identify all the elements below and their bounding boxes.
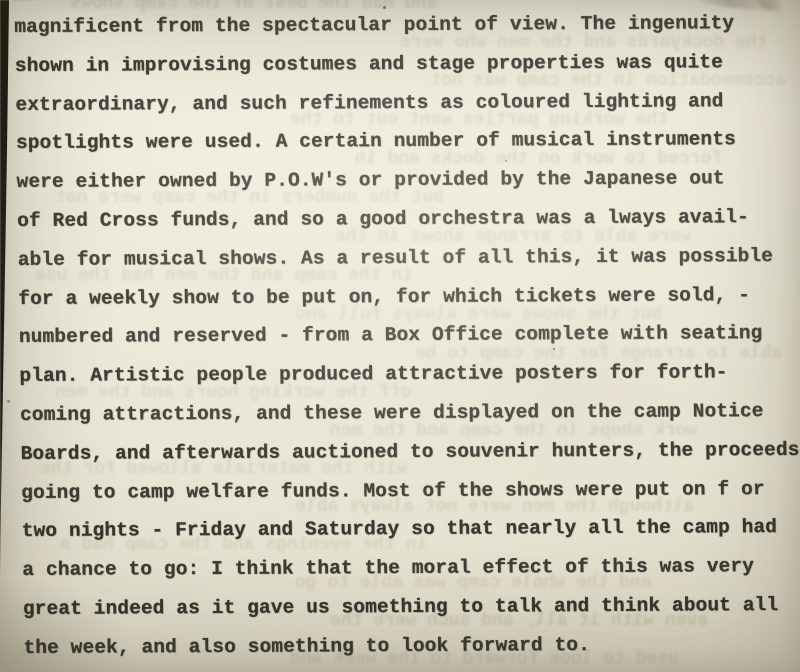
typed-line: spotlights were used. A certain number o… [16, 120, 800, 163]
photo-edge-shadow-left [0, 0, 14, 600]
typed-line: numbered and reserved - from a Box Offic… [19, 314, 800, 357]
typed-line: two nights - Friday and Saturday so that… [21, 508, 800, 551]
typed-line: Boards, and afterwards auctioned to souv… [20, 431, 800, 474]
typed-line: able for musical shows. As a result of a… [17, 237, 800, 280]
typed-line: were either owned by P.O.W's or provided… [16, 159, 800, 202]
typed-line: great indeed as it gave us something to … [23, 586, 800, 629]
photograph-of-typewritten-page: and had the best of the camp showsthe do… [0, 0, 800, 672]
typed-line: coming attractions, and these were displ… [20, 392, 800, 435]
typed-line: magnificent from the spectacular point o… [14, 4, 800, 47]
typed-line: plan. Artistic people produced attractiv… [19, 353, 800, 396]
typed-line: extraordinary, and such refinements as c… [15, 81, 800, 124]
typed-line: going to camp welfare funds. Most of the… [21, 469, 800, 512]
ink-speck [7, 400, 10, 403]
typed-line: for a weekly show to be put on, for whic… [18, 275, 800, 318]
typed-line: shown in improvising costumes and stage … [15, 43, 800, 86]
typewritten-text: magnificent from the spectacular point o… [14, 4, 800, 668]
typed-line: a chance to go: I think that the moral e… [22, 547, 800, 590]
typed-line: the week, and also something to look for… [23, 625, 800, 668]
cut-off-line-fragment: ma [14, 0, 37, 6]
typed-line: of Red Cross funds, and so a good orches… [17, 198, 800, 241]
